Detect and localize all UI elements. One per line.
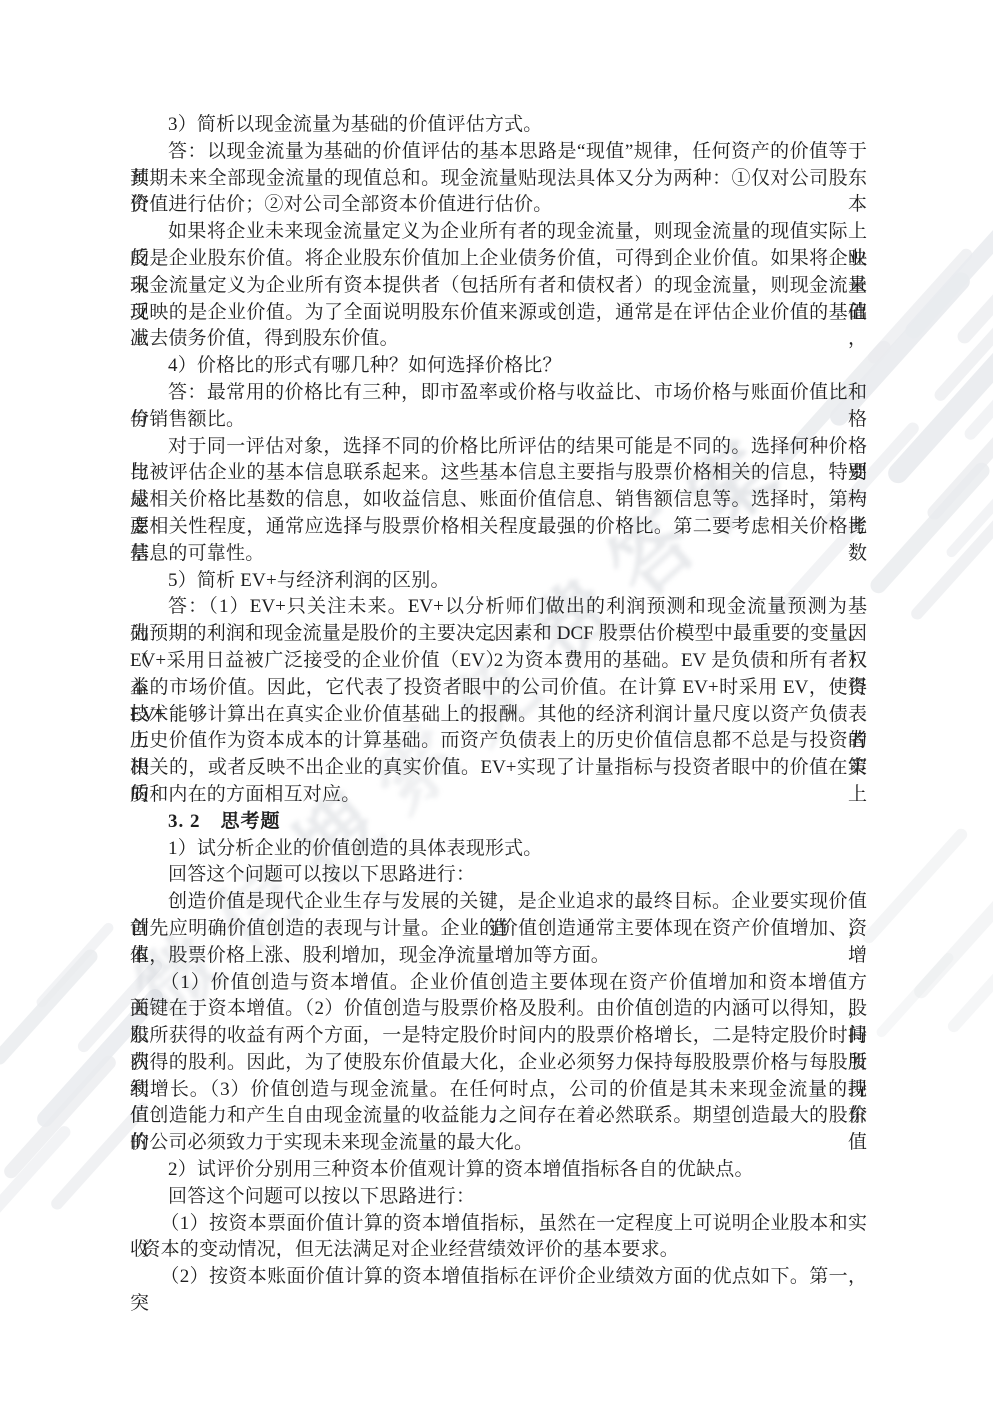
text-line: 预期未来全部现金流量的现值总和。现金流量贴现法具体又分为两种：①仅对公司股东资本	[130, 166, 867, 193]
section-heading: 3. 2 思考题	[130, 809, 867, 836]
document-page: 微信搜索免费答案 3）简析以现金流量为基础的价值评估方式。答：以现金流量为基础的…	[0, 0, 993, 1404]
text-line: 现金流量定义为企业所有资本提供者（包括所有者和债权者）的现金流量，则现金流量现值	[130, 273, 867, 300]
text-line: （1）价值创造与资本增值。企业价值创造主要体现在资产价值增加和资本增值方面，	[130, 970, 867, 997]
text-line: 续增长。（3）价值创造与现金流量。在任何时点，公司的价值是其未来现金流量的现值。…	[130, 1077, 867, 1104]
text-line: 1）试分析企业的价值创造的具体表现形式。	[130, 836, 867, 863]
text-line: 本的市场价值。因此，它代表了投资者眼中的公司价值。在计算 EV+时采用 EV，使…	[130, 675, 867, 702]
text-line: 如果将企业未来现金流量定义为企业所有者的现金流量，则现金流量的现值实际上反映	[130, 219, 867, 246]
watermark-streak	[962, 360, 993, 442]
text-line: 答：最常用的价格比有三种，即市盈率或价格与收益比、市场价格与账面价值比和价格	[130, 380, 867, 407]
text-line: 4）价格比的形式有哪几种？如何选择价格比？	[130, 353, 867, 380]
watermark-streak	[860, 826, 969, 946]
text-line: 5）简析 EV+与经济利润的区别。	[130, 568, 867, 595]
text-line: 2）试评价分别用三种资本价值观计算的资本增值指标各自的优缺点。	[130, 1157, 867, 1184]
watermark-streak	[874, 951, 955, 1039]
text-line: （1）按资本票面价值计算的资本增值指标，虽然在一定程度上可说明企业股本和实收	[130, 1211, 867, 1238]
text-line: 的是企业股东价值。将企业股东价值加上企业债务价值，可得到企业价值。如果将企业未来	[130, 246, 867, 273]
text-line: 值创造能力和产生自由现金流量的收益能力之间存在着必然联系。期望创造最大的股东价值	[130, 1103, 867, 1130]
text-line: 资本的变动情况，但无法满足对企业经营绩效评价的基本要求。	[130, 1237, 867, 1264]
watermark-streak	[1, 1053, 118, 1181]
text-line: 对于同一评估对象，选择不同的价格比所评估的结果可能是不同的。选择何种价格比要	[130, 434, 867, 461]
text-line: 股所获得的收益有两个方面，一是特定股价时间内的股票价格增长，二是特定股价时间内所	[130, 1023, 867, 1050]
watermark-streak	[955, 248, 993, 347]
text-line: 首先应明确价值创造的表现与计量。企业的价值创造通常主要体现在资产价值增加、资本增	[130, 916, 867, 943]
text-block: 3）简析以现金流量为基础的价值评估方式。答：以现金流量为基础的价值评估的基本思路…	[130, 112, 867, 1291]
watermark-streak	[945, 937, 993, 1034]
watermark-streak	[925, 402, 993, 523]
text-line: 历史价值作为资本成本的计算基础。而资产负债表上的历史价值信息都不总是与投资者决策	[130, 728, 867, 755]
watermark-streak	[865, 246, 974, 366]
text-line: 相关的，或者反映不出企业的真实价值。EV+实现了计量指标与投资者眼中的价值在实质…	[130, 755, 867, 782]
text-line: 与被评估企业的基本信息联系起来。这些基本信息主要指与股票价格相关的信息，特别是构	[130, 460, 867, 487]
watermark-streak	[0, 947, 100, 1068]
text-line: 答：（1）EV+只关注未来。EV+以分析师们做出的利润预测和现金流量预测为基础。…	[130, 594, 867, 621]
watermark-streak	[932, 299, 993, 404]
watermark-streak	[944, 471, 993, 559]
text-line: 成相关价格比基数的信息，如收益信息、账面价值信息、销售额信息等。选择时，第一要考	[130, 487, 867, 514]
text-line: 关键在于资本增值。（2）价值创造与股票价格及股利。由价值创造的内涵可以得知，股东…	[130, 996, 867, 1023]
text-line: 答：以现金流量为基础的价值评估的基本思路是“现值”规律，任何资产的价值等于其	[130, 139, 867, 166]
watermark-streak	[911, 873, 993, 1001]
text-line: 创造价值是现代企业生存与发展的关键，是企业追求的最终目标。企业要实现价值创造，	[130, 889, 867, 916]
watermark-streak	[909, 510, 993, 622]
watermark-streak	[34, 921, 115, 1009]
text-line: EV+采用日益被广泛接受的企业价值（EV）为资本费用的基础。EV 是负债和所有者…	[130, 648, 867, 675]
text-line: 技术能够计算出在真实企业价值基础上的报酬。其他的经济利润计量尺度以资产负债表上的	[130, 702, 867, 729]
text-line: 回答这个问题可以按以下思路进行：	[130, 1184, 867, 1211]
text-line: （2）按资本账面价值计算的资本增值指标在评价企业绩效方面的优点如下。第一，突	[130, 1264, 867, 1291]
watermark-streak	[902, 204, 993, 341]
text-line: 虑相关性程度，通常应选择与股票价格相关程度最强的价格比。第二要考虑相关价格比基数	[130, 514, 867, 541]
text-line: 获得的股利。因此，为了使股东价值最大化，企业必须努力保持每股股票价格与每股股利持	[130, 1050, 867, 1077]
text-line: 回答这个问题可以按以下思路进行：	[130, 862, 867, 889]
text-line: 反映的是企业价值。为了全面说明股东价值来源或创造，通常是在评估企业价值的基础上，	[130, 300, 867, 327]
watermark-streak	[867, 459, 993, 596]
text-line: 3）简析以现金流量为基础的价值评估方式。	[130, 112, 867, 139]
text-line: 为预期的利润和现金流量是股价的主要决定因素和 DCF 股票估价模型中最重要的变量…	[130, 621, 867, 648]
watermark-streak	[0, 1124, 73, 1229]
watermark-streak	[884, 333, 993, 488]
